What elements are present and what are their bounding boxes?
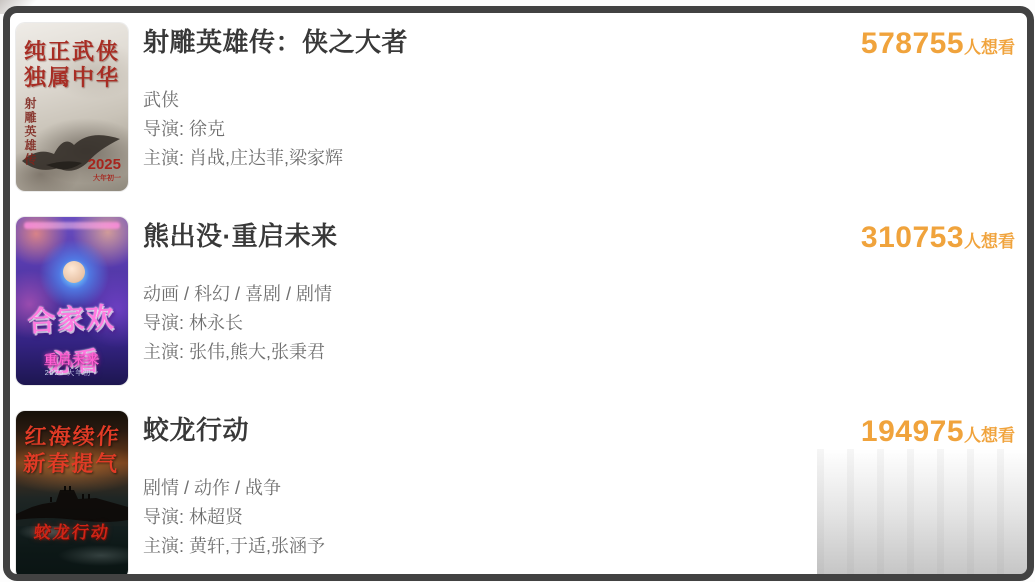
movie-title[interactable]: 射雕英雄传：侠之大者 bbox=[143, 25, 861, 59]
poster-tagline: 独属中华 bbox=[16, 65, 128, 91]
poster-top-banner bbox=[24, 222, 120, 229]
movie-info: 熊出没·重启未来 动画 / 科幻 / 喜剧 / 剧情 导演: 林永长 主演: 张… bbox=[143, 217, 861, 367]
poster-character-illustration bbox=[63, 261, 85, 283]
want-count-suffix: 人想看 bbox=[964, 421, 1015, 446]
movie-poster[interactable]: 红海续作 新春提气 蛟龙行动 bbox=[16, 411, 128, 579]
movie-list-panel: 纯正武侠 独属中华 射雕英雄传 2025 大年初一 射雕英雄传：侠之大者 武侠 bbox=[0, 0, 1035, 582]
movie-director-line: 导演: 林永长 bbox=[143, 309, 861, 338]
movie-title[interactable]: 蛟龙行动 bbox=[143, 413, 861, 447]
poster-release-date: 2025 大年初一 bbox=[16, 368, 128, 378]
want-to-watch-count: 578755人想看 bbox=[861, 23, 1017, 61]
movie-meta: 武侠 导演: 徐克 主演: 肖战,庄达菲,梁家辉 bbox=[143, 86, 861, 173]
want-count-suffix: 人想看 bbox=[964, 33, 1015, 58]
want-to-watch-count: 194975人想看 bbox=[861, 411, 1017, 449]
poster-title-logo: 重启未来 bbox=[16, 349, 128, 368]
poster-tagline: 纯正武侠 bbox=[16, 39, 128, 65]
poster-year-sub: 大年初一 bbox=[93, 173, 121, 183]
movie-info: 蛟龙行动 剧情 / 动作 / 战争 导演: 林超贤 主演: 黄轩,于适,张涵予 bbox=[143, 411, 861, 561]
want-count-number: 310753 bbox=[861, 221, 964, 255]
want-to-watch-count: 310753人想看 bbox=[861, 217, 1017, 255]
movie-row[interactable]: 红海续作 新春提气 蛟龙行动 蛟龙行动 bbox=[16, 411, 1017, 579]
poster-taglines: 红海续作 新春提气 bbox=[16, 423, 128, 477]
movie-cast-line: 主演: 黄轩,于适,张涵予 bbox=[143, 532, 861, 561]
want-count-number: 194975 bbox=[861, 415, 964, 449]
movie-meta: 动画 / 科幻 / 喜剧 / 剧情 导演: 林永长 主演: 张伟,熊大,张秉君 bbox=[143, 280, 861, 367]
movie-genres: 剧情 / 动作 / 战争 bbox=[143, 474, 861, 503]
movie-title[interactable]: 熊出没·重启未来 bbox=[143, 219, 861, 253]
poster-year: 2025 bbox=[88, 156, 121, 173]
poster-side-calligraphy: 射雕英雄传 bbox=[22, 97, 39, 167]
poster-tagline: 新春提气 bbox=[16, 450, 128, 477]
movie-row[interactable]: 纯正武侠 独属中华 射雕英雄传 2025 大年初一 射雕英雄传：侠之大者 武侠 bbox=[16, 23, 1017, 191]
movie-poster[interactable]: 纯正武侠 独属中华 射雕英雄传 2025 大年初一 bbox=[16, 23, 128, 191]
want-count-number: 578755 bbox=[861, 27, 964, 61]
movie-meta: 剧情 / 动作 / 战争 导演: 林超贤 主演: 黄轩,于适,张涵予 bbox=[143, 474, 861, 561]
movie-cast-line: 主演: 张伟,熊大,张秉君 bbox=[143, 338, 861, 367]
poster-title-logo: 蛟龙行动 bbox=[16, 518, 128, 543]
movie-genres: 动画 / 科幻 / 喜剧 / 剧情 bbox=[143, 280, 861, 309]
movie-director-line: 导演: 林超贤 bbox=[143, 503, 861, 532]
poster-tagline: 红海续作 bbox=[16, 423, 128, 450]
movie-info: 射雕英雄传：侠之大者 武侠 导演: 徐克 主演: 肖战,庄达菲,梁家辉 bbox=[143, 23, 861, 173]
movie-cast-line: 主演: 肖战,庄达菲,梁家辉 bbox=[143, 144, 861, 173]
movie-director-line: 导演: 徐克 bbox=[143, 115, 861, 144]
movie-list: 纯正武侠 独属中华 射雕英雄传 2025 大年初一 射雕英雄传：侠之大者 武侠 bbox=[10, 13, 1027, 574]
movie-poster[interactable]: 合家欢 必看 重启未来 2025 大年初一 bbox=[16, 217, 128, 385]
poster-tagline: 合家欢 bbox=[16, 295, 128, 341]
movie-row[interactable]: 合家欢 必看 重启未来 2025 大年初一 熊出没·重启未来 动画 / 科幻 /… bbox=[16, 217, 1017, 385]
card-frame: 纯正武侠 独属中华 射雕英雄传 2025 大年初一 射雕英雄传：侠之大者 武侠 bbox=[3, 6, 1034, 581]
movie-genres: 武侠 bbox=[143, 86, 861, 115]
want-count-suffix: 人想看 bbox=[964, 227, 1015, 252]
poster-taglines: 纯正武侠 独属中华 bbox=[16, 39, 128, 91]
